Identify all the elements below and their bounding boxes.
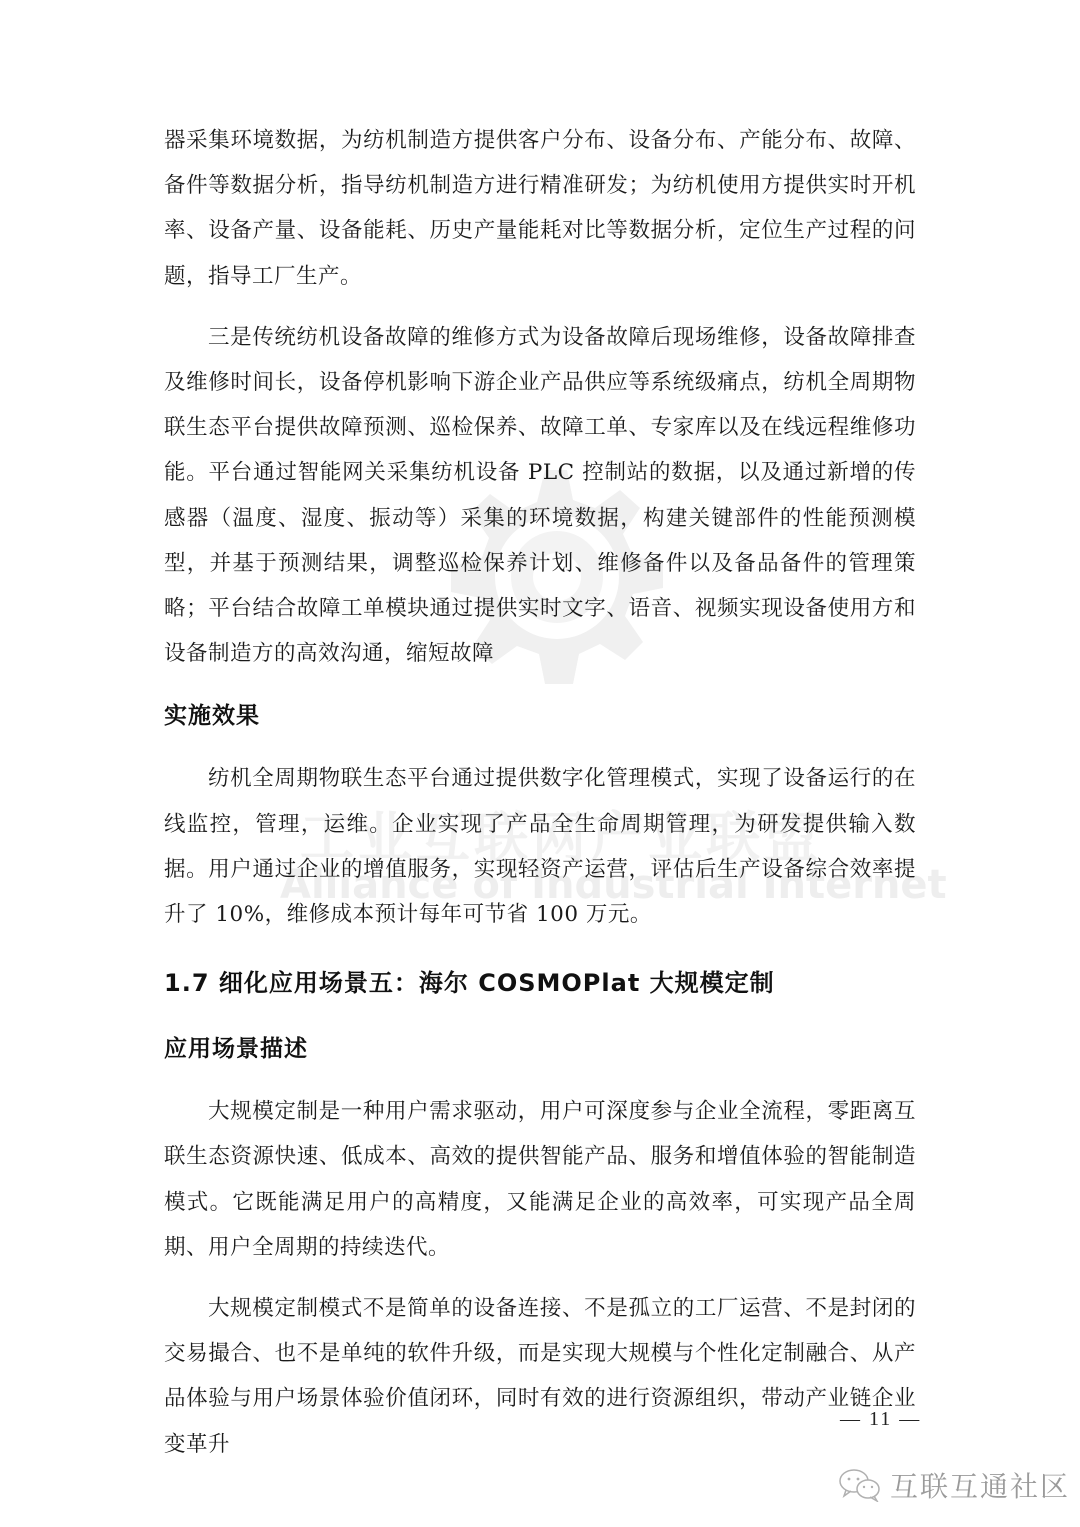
paragraph-5: 大规模定制模式不是简单的设备连接、不是孤立的工厂运营、不是封闭的交易撮合、也不是… [164,1286,916,1467]
document-page: 工业互联网产业联盟 Alliance of Industrial Interne… [0,0,1080,1527]
document-body: 器采集环境数据，为纺机制造方提供客户分布、设备分布、产能分布、故障、备件等数据分… [164,118,916,1467]
section-title: 1.7 细化应用场景五：海尔 COSMOPlat 大规模定制 [164,963,916,1003]
paragraph-2: 三是传统纺机设备故障的维修方式为设备故障后现场维修，设备故障排查及维修时间长，设… [164,315,916,677]
heading-implementation-effect: 实施效果 [164,696,916,736]
heading-scenario-description: 应用场景描述 [164,1029,916,1069]
source-label: 互联互通社区 [890,1465,1070,1505]
paragraph-3: 纺机全周期物联生态平台通过提供数字化管理模式，实现了设备运行的在线监控，管理，运… [164,756,916,937]
paragraph-1: 器采集环境数据，为纺机制造方提供客户分布、设备分布、产能分布、故障、备件等数据分… [164,118,916,299]
source-badge: 互联互通社区 [838,1465,1070,1505]
paragraph-4: 大规模定制是一种用户需求驱动，用户可深度参与企业全流程，零距离互联生态资源快速、… [164,1089,916,1270]
page-number: — 11 — [840,1408,921,1431]
wechat-icon [838,1468,882,1502]
